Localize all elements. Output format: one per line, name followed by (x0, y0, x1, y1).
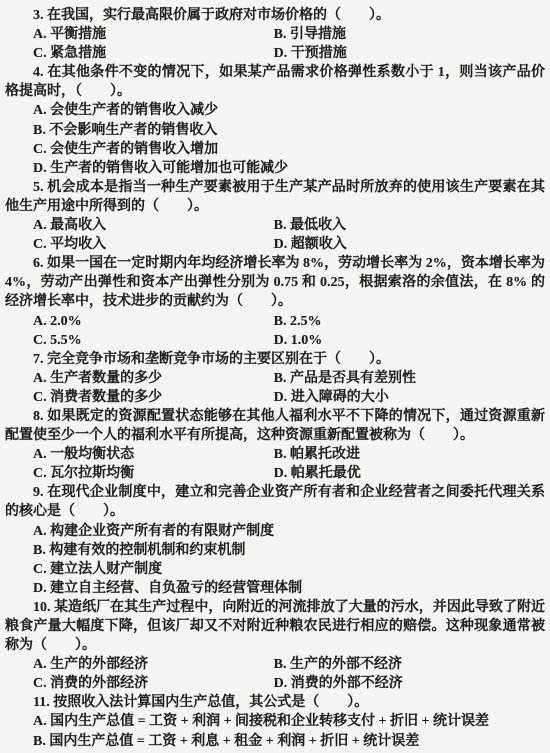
question-9-option-a: A. 构建企业资产所有者的有限财产制度 (33, 522, 545, 541)
question-3-option-c: C. 紧急措施 (33, 44, 274, 63)
question-6-option-b: B. 2.5% (274, 312, 545, 331)
question-3-option-d: D. 干预措施 (274, 44, 545, 63)
question-5-option-b: B. 最低收入 (274, 216, 545, 235)
question-11-option-b: B. 国内生产总值 = 工资 + 利息 + 租金 + 利润 + 折旧 + 统计误… (33, 732, 545, 751)
question-7-option-a: A. 生产者数量的多少 (33, 369, 274, 388)
question-3: 3. 在我国，实行最高限价属于政府对市场价格的（ ）。 A. 平衡措施 B. 引… (5, 6, 545, 63)
question-5-options: A. 最高收入 B. 最低收入 C. 平均收入 D. 超额收入 (33, 216, 545, 254)
question-5: 5. 机会成本是指当一种生产要素被用于生产某产品时所放弃的使用该生产要素在其他生… (5, 178, 545, 254)
question-6-options: A. 2.0% B. 2.5% C. 5.5% D. 1.0% (33, 312, 545, 350)
question-10-option-b: B. 生产的外部不经济 (274, 655, 545, 674)
question-8-option-c: C. 瓦尔拉斯均衡 (33, 464, 274, 483)
exam-document-page: 3. 在我国，实行最高限价属于政府对市场价格的（ ）。 A. 平衡措施 B. 引… (5, 6, 545, 753)
question-5-option-a: A. 最高收入 (33, 216, 274, 235)
question-11-stem: 11. 按照收入法计算国内生产总值，其公式是（ ）。 (5, 693, 545, 712)
question-8-option-d: D. 帕累托最优 (274, 464, 545, 483)
question-3-option-b: B. 引导措施 (274, 25, 545, 44)
question-10-options: A. 生产的外部经济 B. 生产的外部不经济 C. 消费的外部经济 D. 消费的… (33, 655, 545, 693)
question-7-option-d: D. 进入障碍的大小 (274, 388, 545, 407)
question-7-option-b: B. 产品是否具有差别性 (274, 369, 545, 388)
question-5-option-d: D. 超额收入 (274, 235, 545, 254)
question-10-option-d: D. 消费的外部不经济 (274, 674, 545, 693)
question-4-option-b: B. 不会影响生产者的销售收入 (33, 121, 545, 140)
question-11-option-a: A. 国内生产总值 = 工资 + 利润 + 间接税和企业转移支付 + 折旧 + … (33, 712, 545, 731)
question-4-option-c: C. 会使生产者的销售收入增加 (33, 140, 545, 159)
question-10-option-c: C. 消费的外部经济 (33, 674, 274, 693)
question-6-option-c: C. 5.5% (33, 331, 274, 350)
question-11: 11. 按照收入法计算国内生产总值，其公式是（ ）。 A. 国内生产总值 = 工… (5, 693, 545, 750)
question-4-option-d: D. 生产者的销售收入可能增加也可能减少 (33, 159, 545, 178)
question-4-stem: 4. 在其他条件不变的情况下，如果某产品需求价格弹性系数小于 1，则当该产品价格… (5, 63, 545, 101)
question-7-stem: 7. 完全竞争市场和垄断竞争市场的主要区别在于（ ）。 (5, 350, 545, 369)
question-5-stem: 5. 机会成本是指当一种生产要素被用于生产某产品时所放弃的使用该生产要素在其他生… (5, 178, 545, 216)
question-8-options: A. 一般均衡状态 B. 帕累托改进 C. 瓦尔拉斯均衡 D. 帕累托最优 (33, 445, 545, 483)
question-10: 10. 某造纸厂在其生产过程中，向附近的河流排放了大量的污水，并因此导致了附近粮… (5, 598, 545, 693)
question-7: 7. 完全竞争市场和垄断竞争市场的主要区别在于（ ）。 A. 生产者数量的多少 … (5, 350, 545, 407)
question-4-options: A. 会使生产者的销售收入减少 B. 不会影响生产者的销售收入 C. 会使生产者… (5, 101, 545, 177)
question-8: 8. 如果既定的资源配置状态能够在其他人福利水平不下降的情况下，通过资源重新配置… (5, 407, 545, 483)
question-9-option-d: D. 建立自主经营、自负盈亏的经营管理体制 (33, 579, 545, 598)
question-4-option-a: A. 会使生产者的销售收入减少 (33, 101, 545, 120)
question-6-option-d: D. 1.0% (274, 331, 545, 350)
question-10-stem: 10. 某造纸厂在其生产过程中，向附近的河流排放了大量的污水，并因此导致了附近粮… (5, 598, 545, 655)
question-3-option-a: A. 平衡措施 (33, 25, 274, 44)
question-8-option-b: B. 帕累托改进 (274, 445, 545, 464)
question-9-option-b: B. 构建有效的控制机制和约束机制 (33, 541, 545, 560)
question-6: 6. 如果一国在一定时期内年均经济增长率为 8%，劳动增长率为 2%，资本增长率… (5, 254, 545, 349)
question-9: 9. 在现代企业制度中，建立和完善企业资产所有者和企业经营者之间委托代理关系的核… (5, 483, 545, 598)
question-10-option-a: A. 生产的外部经济 (33, 655, 274, 674)
question-6-option-a: A. 2.0% (33, 312, 274, 331)
question-11-options: A. 国内生产总值 = 工资 + 利润 + 间接税和企业转移支付 + 折旧 + … (5, 712, 545, 750)
question-9-option-c: C. 建立法人财产制度 (33, 560, 545, 579)
question-7-option-c: C. 消费者数量的多少 (33, 388, 274, 407)
question-4: 4. 在其他条件不变的情况下，如果某产品需求价格弹性系数小于 1，则当该产品价格… (5, 63, 545, 178)
question-9-options: A. 构建企业资产所有者的有限财产制度 B. 构建有效的控制机制和约束机制 C.… (5, 522, 545, 598)
question-3-options: A. 平衡措施 B. 引导措施 C. 紧急措施 D. 干预措施 (33, 25, 545, 63)
question-8-option-a: A. 一般均衡状态 (33, 445, 274, 464)
question-6-stem: 6. 如果一国在一定时期内年均经济增长率为 8%，劳动增长率为 2%，资本增长率… (5, 254, 545, 311)
question-7-options: A. 生产者数量的多少 B. 产品是否具有差别性 C. 消费者数量的多少 D. … (33, 369, 545, 407)
question-5-option-c: C. 平均收入 (33, 235, 274, 254)
question-3-stem: 3. 在我国，实行最高限价属于政府对市场价格的（ ）。 (5, 6, 545, 25)
question-9-stem: 9. 在现代企业制度中，建立和完善企业资产所有者和企业经营者之间委托代理关系的核… (5, 483, 545, 521)
question-8-stem: 8. 如果既定的资源配置状态能够在其他人福利水平不下降的情况下，通过资源重新配置… (5, 407, 545, 445)
